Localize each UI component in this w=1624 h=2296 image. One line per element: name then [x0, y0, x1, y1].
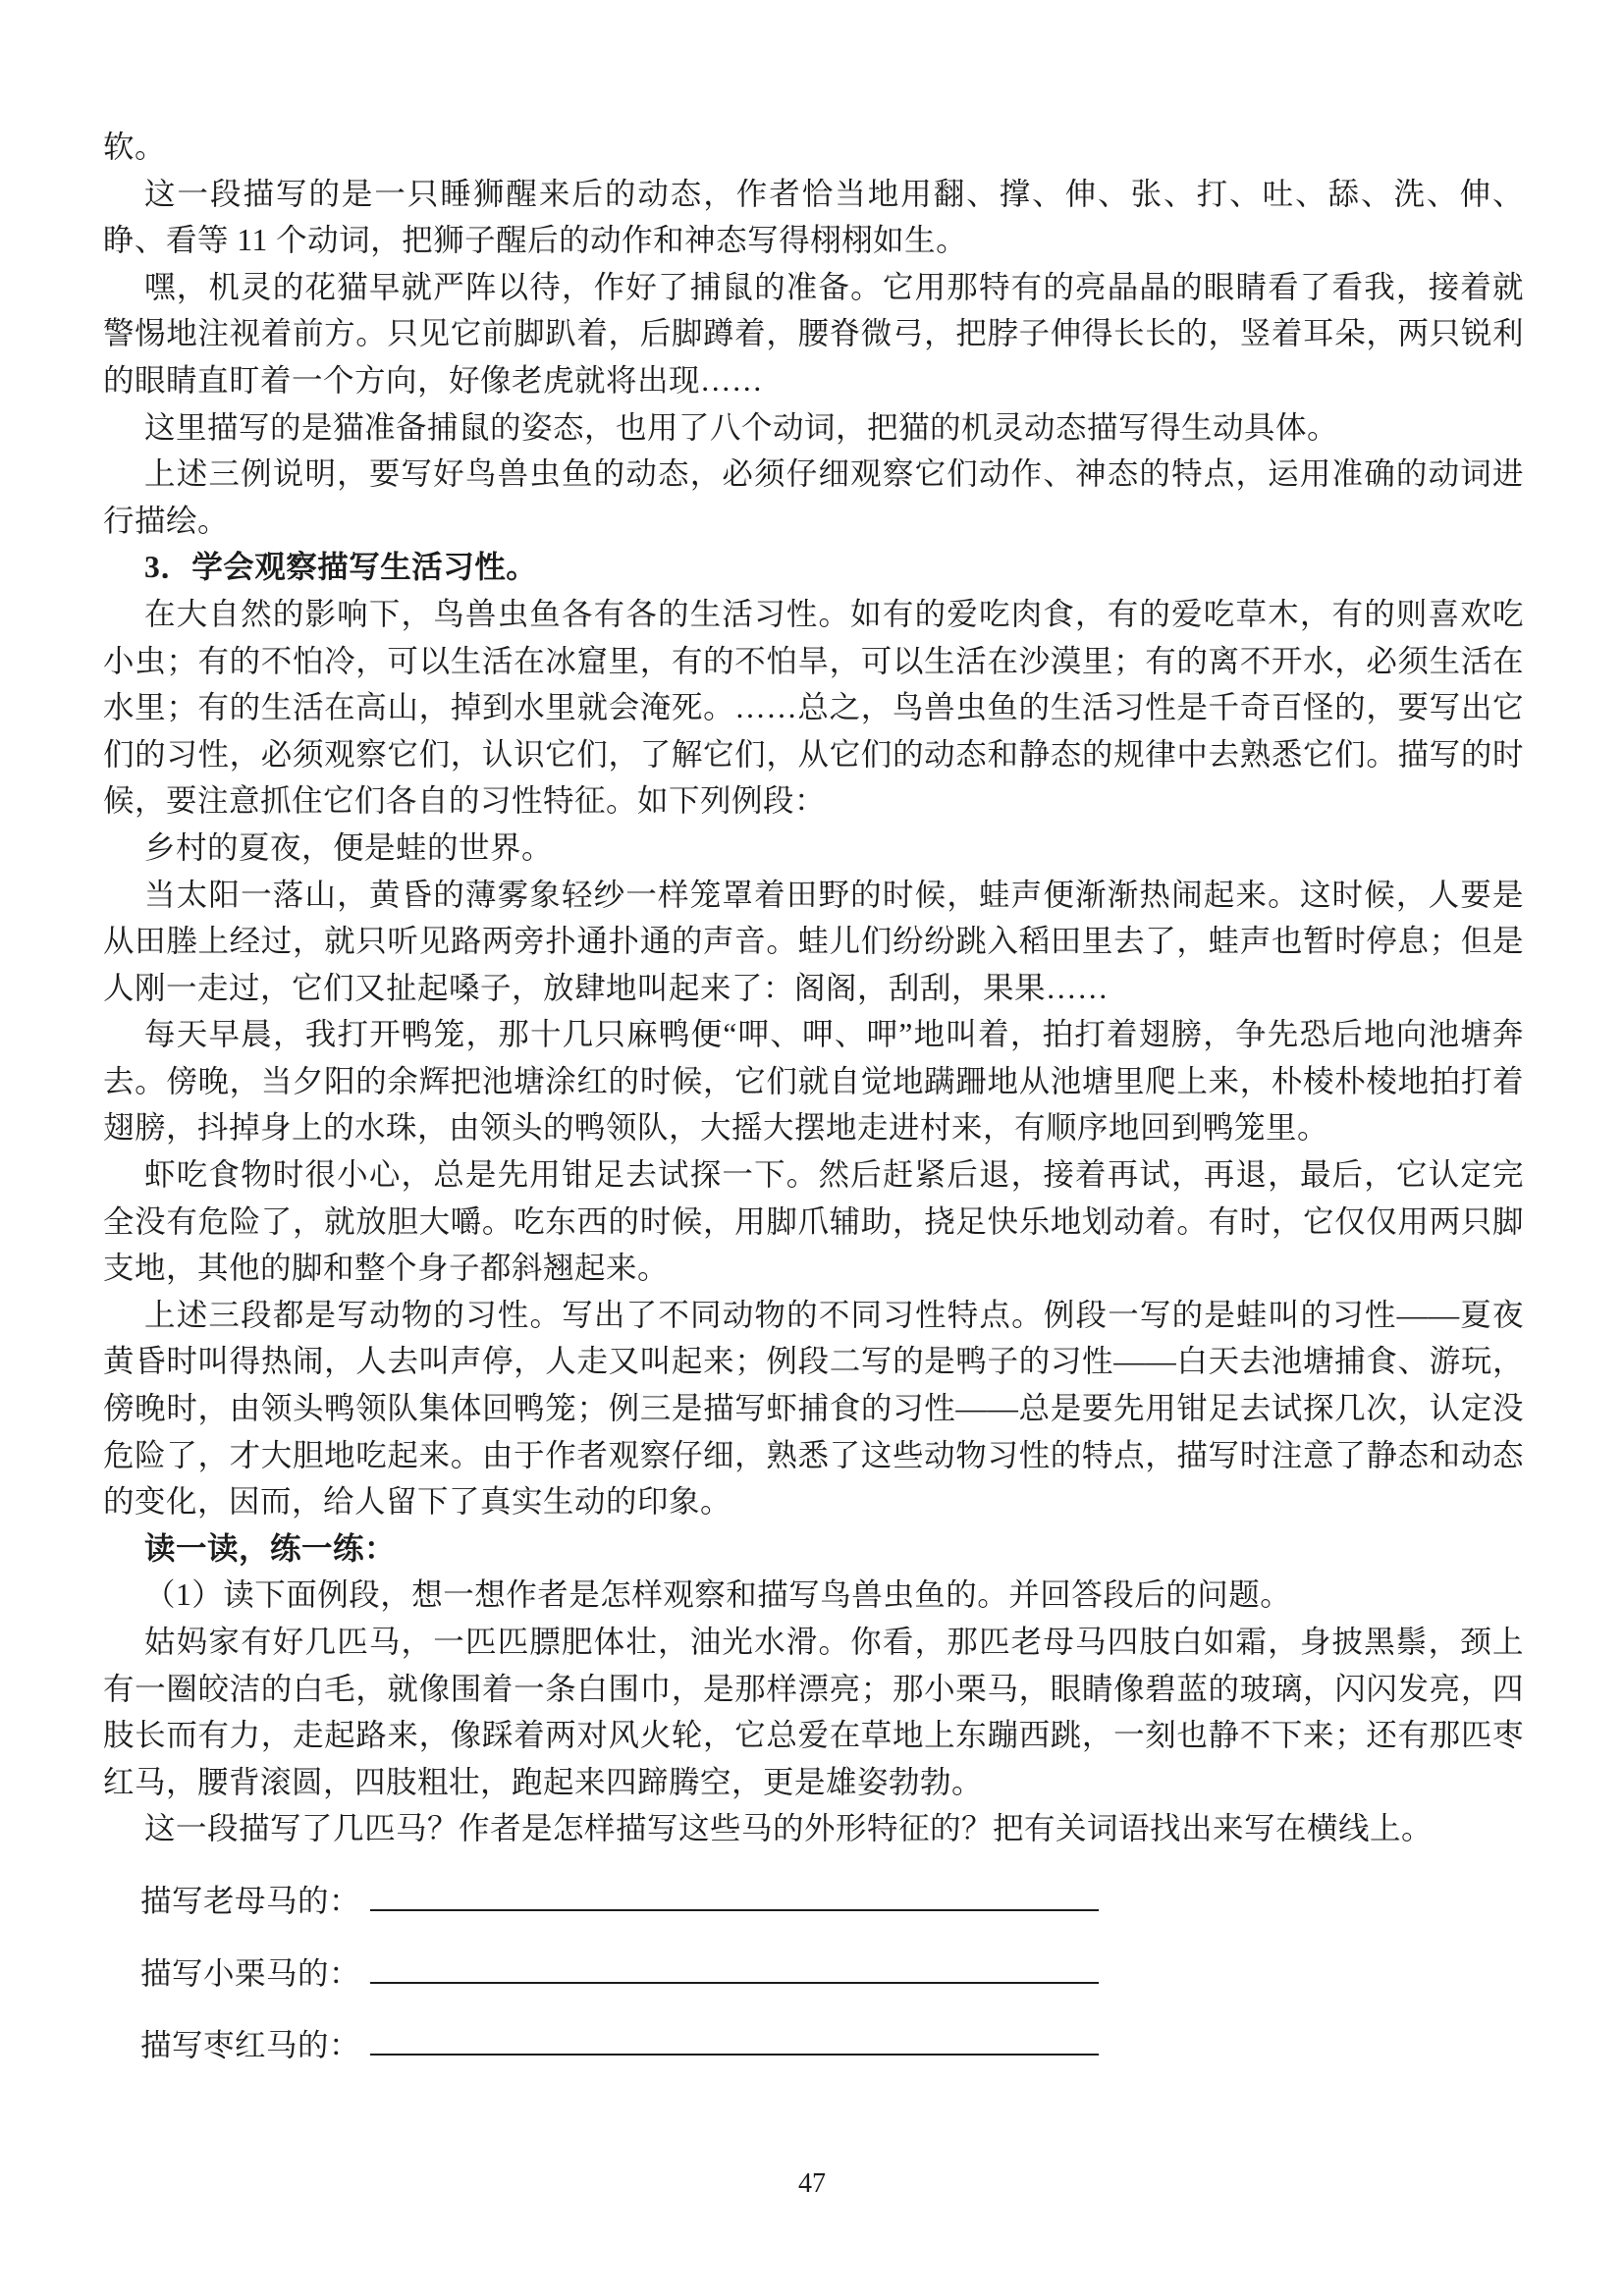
paragraph-horses-example: 姑妈家有好几匹马，一匹匹膘肥体壮，油光水滑。你看，那匹老母马四肢白如霜，身披黑鬃… — [103, 1619, 1524, 1805]
answer-blank-line-old-mare[interactable] — [370, 1880, 1099, 1911]
paragraph-dynamics-summary: 上述三例说明，要写好鸟兽虫鱼的动态，必须仔细观察它们动作、神态的特点，运用准确的… — [103, 451, 1524, 544]
fill-in-row-chestnut-horse: 描写小栗马的： — [103, 1950, 1524, 1998]
paragraph-practice-intro: （1）读下面例段，想一想作者是怎样观察和描写鸟兽虫鱼的。并回答段后的问题。 — [103, 1572, 1524, 1619]
paragraph-tail-line: 软。 — [103, 124, 1524, 171]
paragraph-cat-example: 嘿，机灵的花猫早就严阵以待，作好了捕鼠的准备。它用那特有的亮晶晶的眼睛看了看我，… — [103, 264, 1524, 404]
page-number: 47 — [0, 2167, 1624, 2201]
paragraph-frog-lead: 乡村的夏夜，便是蛙的世界。 — [103, 825, 1524, 872]
fill-in-row-old-mare: 描写老母马的： — [103, 1878, 1524, 1925]
document-page: 软。 这一段描写的是一只睡狮醒来后的动态，作者恰当地用翻、撑、伸、张、打、吐、舔… — [103, 124, 1524, 2069]
paragraph-lion-comment: 这一段描写的是一只睡狮醒来后的动态，作者恰当地用翻、撑、伸、张、打、吐、舔、洗、… — [103, 171, 1524, 264]
answer-blank-line-date-red-horse[interactable] — [370, 2024, 1099, 2056]
fill-in-label-date-red-horse: 描写枣红马的： — [140, 2028, 360, 2062]
answer-blank-line-chestnut-horse[interactable] — [370, 1952, 1099, 1984]
paragraph-horses-question: 这一段描写了几匹马？作者是怎样描写这些马的外形特征的？把有关词语找出来写在横线上… — [103, 1805, 1524, 1852]
paragraph-habits-summary: 上述三段都是写动物的习性。写出了不同动物的不同习性特点。例段一写的是蛙叫的习性—… — [103, 1292, 1524, 1525]
section-heading-practice: 读一读，练一练： — [103, 1525, 1524, 1573]
fill-in-label-old-mare: 描写老母马的： — [140, 1884, 360, 1918]
fill-in-label-chestnut-horse: 描写小栗马的： — [140, 1956, 360, 1991]
paragraph-cat-comment: 这里描写的是猫准备捕鼠的姿态，也用了八个动词，把猫的机灵动态描写得生动具体。 — [103, 404, 1524, 452]
fill-in-row-date-red-horse: 描写枣红马的： — [103, 2022, 1524, 2069]
paragraph-frog-example: 当太阳一落山，黄昏的薄雾象轻纱一样笼罩着田野的时候，蛙声便渐渐热闹起来。这时候，… — [103, 872, 1524, 1012]
section-heading-habits: 3．学会观察描写生活习性。 — [103, 544, 1524, 591]
paragraph-shrimp-example: 虾吃食物时很小心，总是先用钳足去试探一下。然后赶紧后退，接着再试，再退，最后，它… — [103, 1151, 1524, 1292]
paragraph-duck-example: 每天早晨，我打开鸭笼，那十几只麻鸭便“呷、呷、呷”地叫着，拍打着翅膀，争先恐后地… — [103, 1011, 1524, 1151]
paragraph-habits-intro: 在大自然的影响下，鸟兽虫鱼各有各的生活习性。如有的爱吃肉食，有的爱吃草木，有的则… — [103, 591, 1524, 825]
